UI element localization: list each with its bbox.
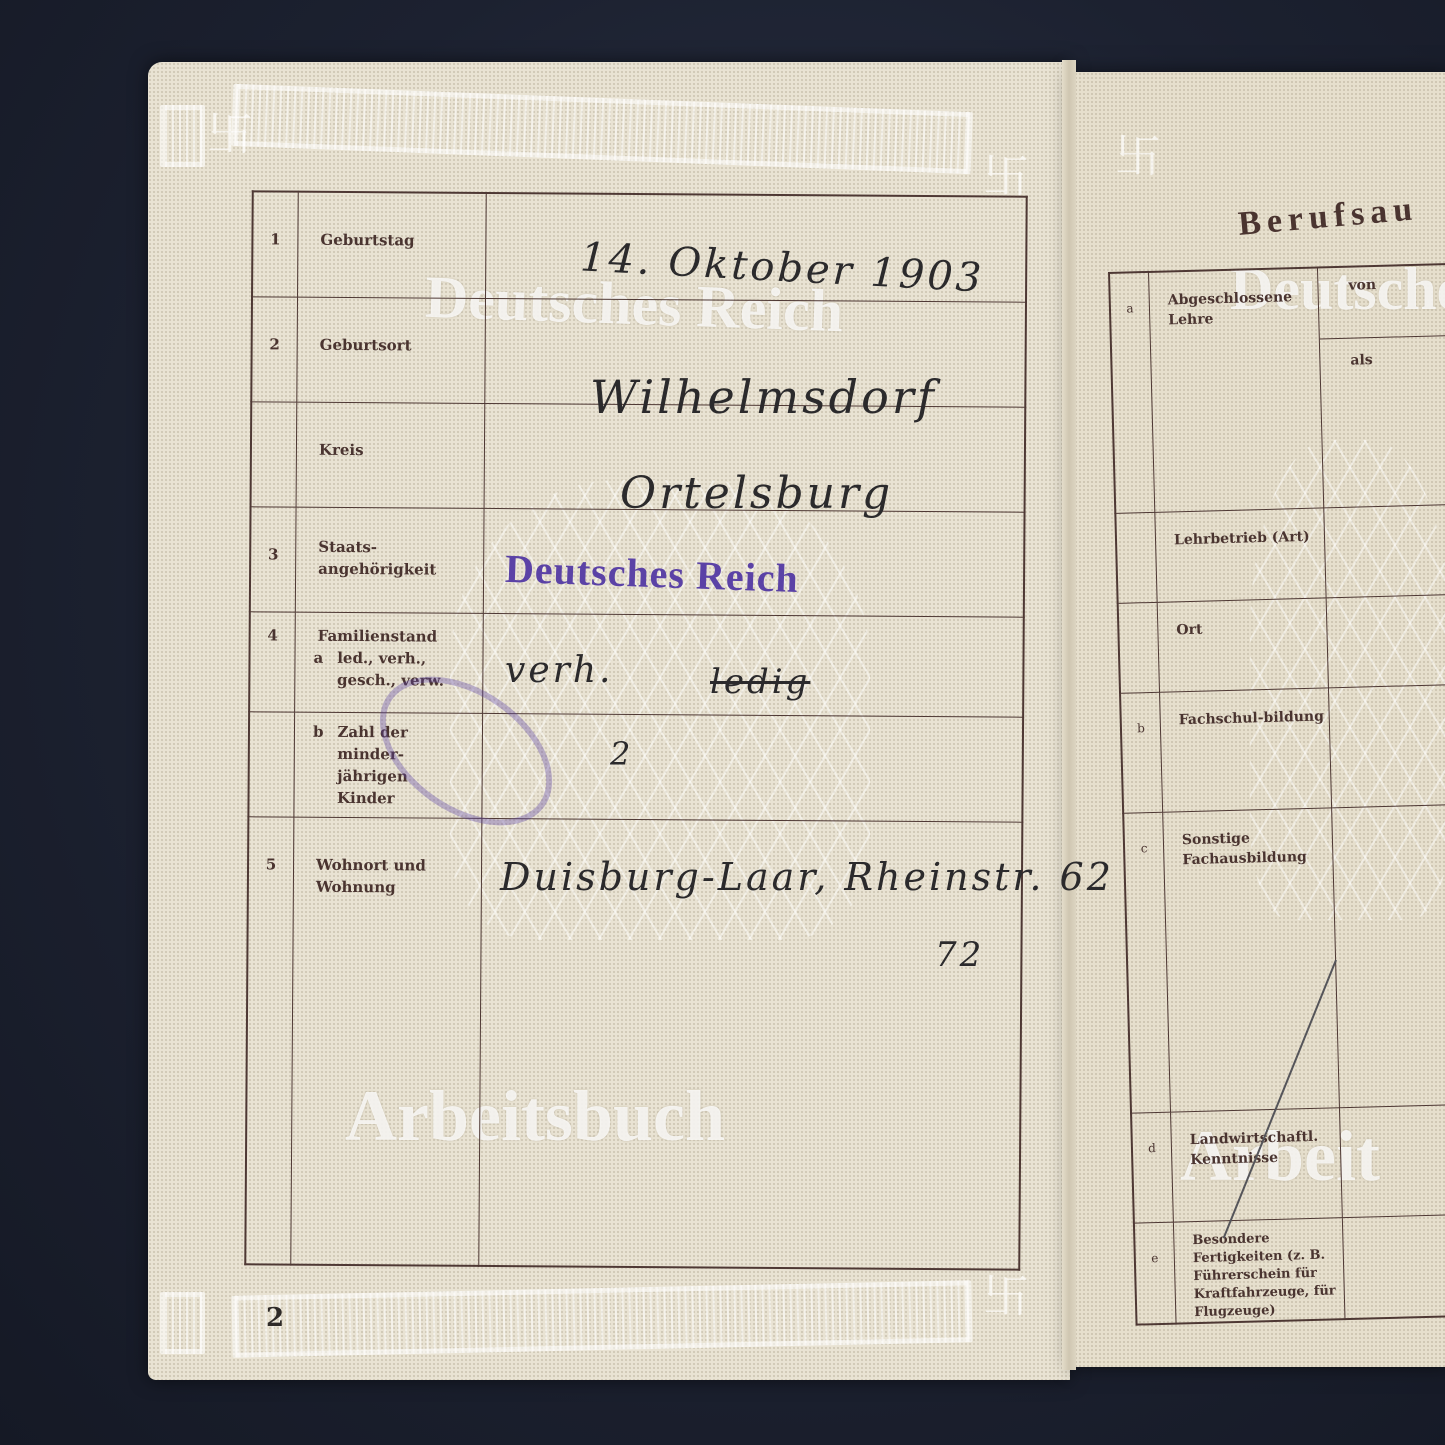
field-landwirtschaft [1339, 1103, 1445, 1217]
left-top-border-stub [160, 105, 205, 167]
field-fachausbildung [1332, 803, 1445, 1107]
border-emblem-icon: 卐 [204, 108, 256, 160]
row-number: 2 [251, 296, 297, 401]
row-number: 1 [252, 191, 298, 296]
row-number: 3 [250, 506, 296, 611]
subcol-als: als [1320, 336, 1445, 370]
value-kinder: 2 [610, 735, 633, 773]
row-number: 4 [249, 611, 295, 711]
subcol-von: von [1318, 265, 1445, 340]
label-wohnort: Wohnort und Wohnung [291, 817, 482, 1266]
label-kreis: Kreis [296, 402, 485, 508]
row-letter: a [1109, 272, 1155, 513]
personal-data-table: 1 Geburtstag 2 Geburtsort Kreis 3 Staats… [244, 190, 1027, 1270]
border-emblem-icon: 卐 [1112, 130, 1164, 182]
field-kinder [482, 713, 1023, 822]
label-besondere-fertigkeiten: Besondere Fertigkeiten (z. B. Führersche… [1173, 1217, 1345, 1323]
label-fachschulbildung: Fachschul-bildung [1160, 687, 1332, 811]
label-geburtstag: Geburtstag [298, 192, 487, 298]
field-lehre: von als [1317, 264, 1445, 508]
label-lehrbetrieb: Lehrbetrieb (Art) [1155, 507, 1326, 601]
vocational-training-table: a Abgeschlossene Lehre von als Lehrbetri… [1108, 263, 1445, 1326]
value-kreis: Ortelsburg [620, 468, 893, 519]
row-number [248, 711, 294, 816]
row-letter: d [1131, 1112, 1173, 1223]
value-wohnort-number: 72 [935, 935, 984, 975]
page-number: 2 [266, 1303, 284, 1333]
label-staatsangehoerigkeit: Staats- angehörigkeit [295, 507, 484, 613]
row-letter: e [1134, 1222, 1176, 1324]
left-bottom-border-stub [160, 1292, 205, 1354]
value-familienstand-struck: ledig [710, 662, 810, 702]
row-number [251, 401, 297, 506]
value-geburtsort: Wilhelmsdorf [590, 370, 937, 424]
border-emblem-icon: 卐 [980, 1270, 1032, 1322]
border-emblem-icon: 卐 [980, 150, 1032, 202]
book-gutter [1062, 60, 1076, 1370]
row-letter [1115, 512, 1157, 603]
value-wohnort: Duisburg-Laar, Rheinstr. 62 [500, 855, 1114, 899]
label-fachausbildung: Sonstige Fachausbildung [1163, 807, 1340, 1111]
sub-letter-b: b [312, 720, 323, 808]
row-letter [1118, 602, 1160, 693]
field-besondere-fertigkeiten [1342, 1213, 1445, 1318]
label-landwirtschaft: Landwirtschaftl. Kenntnisse [1171, 1107, 1343, 1221]
familienstand-heading: Familienstand [318, 624, 483, 647]
label-ort: Ort [1157, 597, 1328, 691]
label-lehre: Abgeschlossene Lehre [1149, 268, 1324, 512]
field-fachschulbildung [1328, 683, 1445, 807]
value-familienstand: verh. [505, 650, 613, 691]
row-number: 5 [245, 816, 294, 1264]
field-lehrbetrieb [1324, 504, 1445, 598]
sub-letter-a: a [313, 646, 323, 690]
row-letter: b [1120, 692, 1163, 813]
label-geburtsort: Geburtsort [297, 297, 486, 403]
field-ort [1326, 593, 1445, 687]
